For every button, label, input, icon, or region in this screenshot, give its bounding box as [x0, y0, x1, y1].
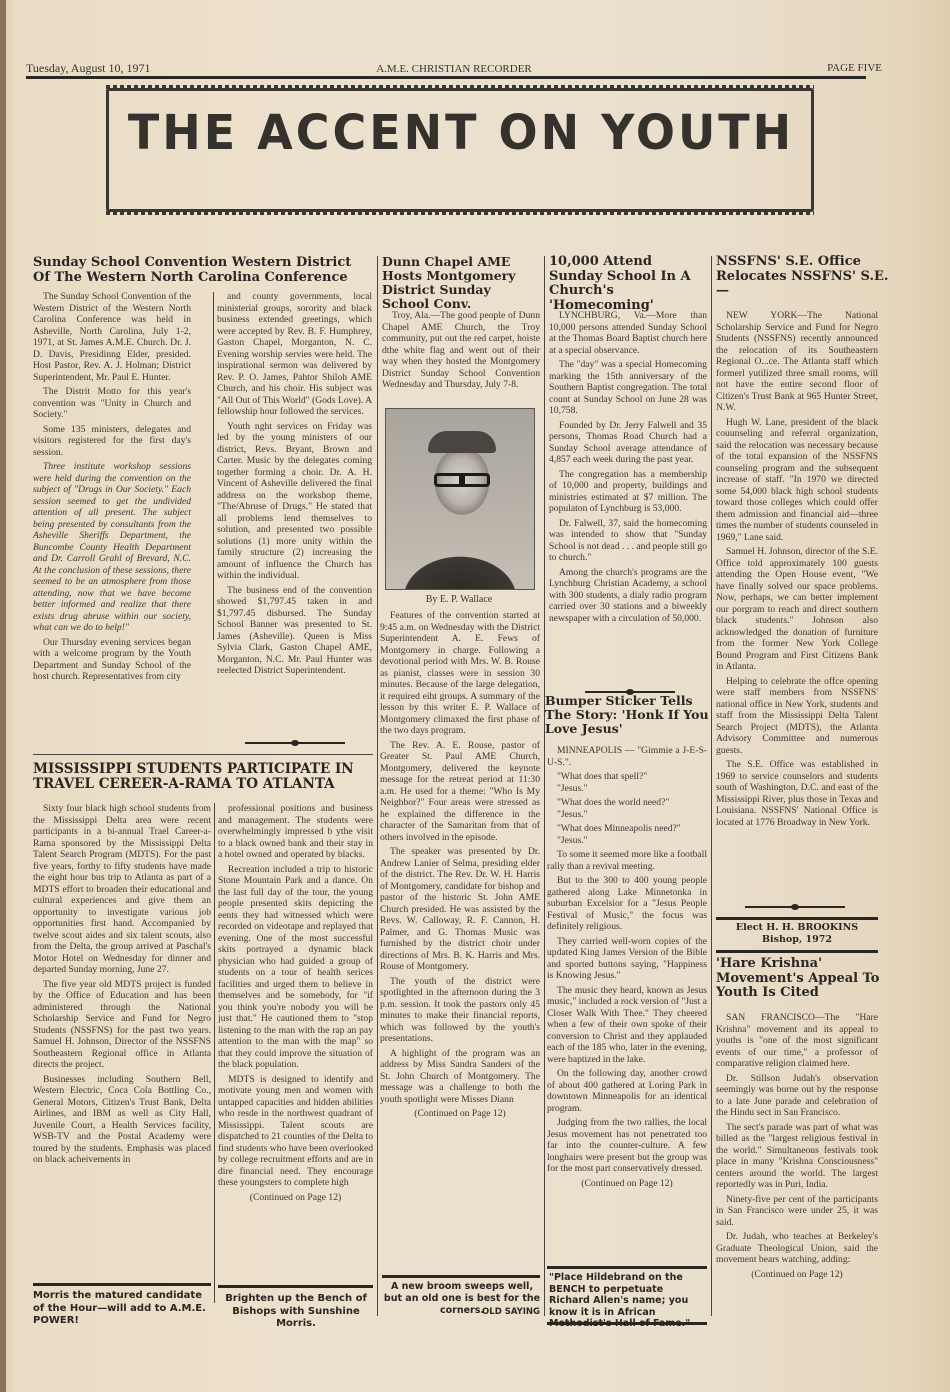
masthead: Tuesday, August 10, 1971 A.M.E. CHRISTIA…: [26, 58, 882, 78]
paragraph: The speaker was presented by Dr. Andrew …: [380, 846, 540, 973]
paragraph: Dr. Stillson Judah's observation seeming…: [716, 1073, 878, 1119]
filler-rule: [547, 1322, 707, 1325]
article-bumper-sticker-body: MINNEAPOLIS — "Gimmie a J-E-S-U-S.". "Wh…: [547, 745, 707, 1189]
paragraph: The congregation has a membership of 10,…: [549, 469, 707, 515]
paragraph: On the following day, another crowd of a…: [547, 1068, 707, 1114]
article-sunday-school-nc-col2: and county governments, local ministeria…: [217, 291, 372, 677]
photo-caption: By E. P. Wallace: [385, 594, 533, 605]
filler-brighten: Brighten up the Bench of Bishops with Su…: [220, 1293, 372, 1331]
headline-dunn-chapel: Dunn Chapel AME Hosts Montgomery Distric…: [382, 255, 542, 311]
headline-lynchburg: 10,000 Attend Sunday School In A Church'…: [549, 255, 709, 313]
paragraph: "Jesus.": [547, 783, 707, 795]
paragraph: To some it seemed more like a football r…: [547, 849, 707, 872]
article-dunn-chapel-body: Features of the convention started at 9:…: [380, 610, 540, 1120]
paragraph: MINNEAPOLIS — "Gimmie a J-E-S-U-S.".: [547, 745, 707, 768]
filler-rule: [716, 950, 878, 953]
newspaper-page: Tuesday, August 10, 1971 A.M.E. CHRISTIA…: [0, 0, 950, 1392]
paragraph: The business end of the convention showe…: [217, 585, 372, 677]
paragraph: "What does the world need?": [547, 797, 707, 809]
paragraph: Judging from the two rallies, the local …: [547, 1117, 707, 1175]
filler-brookins: Elect H. H. BROOKINS Bishop, 1972: [716, 922, 878, 946]
paragraph: Sixty four black high school students fr…: [33, 803, 211, 976]
column-rule: [213, 292, 214, 640]
paragraph: The Sunday School Convention of the West…: [33, 291, 191, 383]
filler-rule: [218, 1285, 373, 1288]
paragraph: The Rev. A. E. Rouse, pastor of Greater …: [380, 740, 540, 844]
paragraph: Ninety-five per cent of the participants…: [716, 1194, 878, 1229]
section-banner: THE ACCENT ON YOUTH: [106, 88, 814, 212]
article-hare-krishna-body: SAN FRANCISCO—The "Hare Krishna" movemen…: [716, 1012, 878, 1280]
filler-brookins-line2: Bishop, 1972: [716, 934, 878, 946]
paragraph: Dr. Judah, who teaches at Berkeley's Gra…: [716, 1231, 878, 1266]
masthead-rule: [26, 76, 866, 79]
paragraph: Some 135 ministers, delegates and visito…: [33, 424, 191, 459]
continued-link[interactable]: (Continued on Page 12): [218, 1192, 373, 1204]
paragraph: Samuel H. Johnson, director of the S.E. …: [716, 546, 878, 673]
column-rule: [214, 803, 215, 1303]
paragraph: Dr. Falwell, 37, said the homecoming was…: [549, 518, 707, 564]
filler-morris: Morris the matured candidate of the Hour…: [33, 1290, 213, 1328]
filler-rule: [382, 1275, 540, 1278]
photo-hair: [428, 431, 496, 453]
paragraph: professional positions and business and …: [218, 803, 373, 861]
paragraph: Features of the convention started at 9:…: [380, 610, 540, 737]
paragraph: "Jesus.": [547, 835, 707, 847]
paragraph: Our Thursday evening services began with…: [33, 637, 191, 683]
paragraph: Three institute workshop sessions were h…: [33, 461, 191, 634]
headline-sunday-school-nc: Sunday School Convention Western Distric…: [33, 256, 363, 285]
article-mississippi-col2: professional positions and business and …: [218, 803, 373, 1203]
paragraph: The S.E. Office was established in 1969 …: [716, 759, 878, 828]
paragraph: Among the church's programs are the Lync…: [549, 567, 707, 625]
paragraph: The "day" was a special Homecoming marki…: [549, 359, 707, 417]
paragraph: They carried well-worn copies of the upd…: [547, 936, 707, 982]
filler-rule: [716, 917, 878, 920]
paragraph: "Jesus.": [547, 809, 707, 821]
paragraph: NEW YORK—The National Scholarship Servic…: [716, 310, 878, 414]
filler-rule: [547, 1266, 707, 1269]
paragraph: Founded by Dr. Jerry Falwell and 35 pers…: [549, 420, 707, 466]
paragraph: Helping to celebrate the offce opening w…: [716, 676, 878, 757]
column-rule: [377, 256, 378, 1316]
paragraph: The youth of the district were spotlight…: [380, 976, 540, 1045]
article-dunn-chapel-intro: Troy, Ala.—The good people of Dunn Chape…: [382, 310, 540, 391]
article-end-ornament: [245, 742, 345, 744]
page-spine-shadow: [0, 0, 6, 1392]
paragraph: LYNCHBURG, Va.—More than 10,000 persons …: [549, 310, 707, 356]
paragraph: Youth nght services on Friday was led by…: [217, 421, 372, 582]
masthead-publication: A.M.E. CHRISTIAN RECORDER: [26, 63, 882, 75]
paragraph: A highlight of the program was an addres…: [380, 1048, 540, 1106]
paragraph: The sect's parade was part of what was b…: [716, 1122, 878, 1191]
paragraph: Recreation included a trip to historic S…: [218, 864, 373, 1071]
continued-link[interactable]: (Continued on Page 12): [380, 1108, 540, 1120]
filler-brookins-line1: Elect H. H. BROOKINS: [716, 922, 878, 934]
paragraph: Troy, Ala.—The good people of Dunn Chape…: [382, 310, 540, 391]
filler-hildebrand: "Place Hildebrand on the BENCH to perpet…: [549, 1272, 707, 1330]
paragraph: Businesses including Southern Bell, West…: [33, 1074, 211, 1166]
paragraph: Hugh W. Lane, president of the black cou…: [716, 417, 878, 544]
headline-nssfns: NSSFNS' S.E. Office Relocates NSSFNS' S.…: [716, 255, 896, 299]
filler-broom-source: OLD SAYING: [382, 1306, 540, 1319]
section-banner-title: THE ACCENT ON YOUTH: [119, 104, 803, 161]
headline-hare-krishna: 'Hare Krishna' Movement's Appeal To Yout…: [716, 957, 886, 1001]
paragraph: The music they heard, known as Jesus mus…: [547, 985, 707, 1066]
headline-mississippi: MISSISSIPPI STUDENTS PARTICIPATE IN TRAV…: [33, 762, 373, 792]
article-mississippi-col1: Sixty four black high school students fr…: [33, 803, 211, 1166]
continued-link[interactable]: (Continued on Page 12): [716, 1269, 878, 1281]
paragraph: MDTS is designed to identify and motivat…: [218, 1074, 373, 1189]
article-lynchburg-body: LYNCHBURG, Va.—More than 10,000 persons …: [549, 310, 707, 624]
column-rule: [711, 256, 712, 1316]
continued-link[interactable]: (Continued on Page 12): [547, 1178, 707, 1190]
paragraph: The five year old MDTS project is funded…: [33, 979, 211, 1071]
photo-glasses: [434, 473, 490, 487]
section-divider: [33, 754, 373, 755]
article-end-ornament: [745, 906, 845, 908]
article-sunday-school-nc-col1: The Sunday School Convention of the West…: [33, 291, 191, 683]
paragraph: and county governments, local ministeria…: [217, 291, 372, 418]
headline-bumper-sticker: Bumper Sticker Tells The Story: 'Honk If…: [545, 694, 710, 736]
paragraph: SAN FRANCISCO—The "Hare Krishna" movemen…: [716, 1012, 878, 1070]
masthead-page-number: PAGE FIVE: [827, 62, 882, 74]
portrait-photo: [385, 408, 535, 590]
column-rule: [544, 256, 545, 1316]
paragraph: The Distrit Motto for this year's conven…: [33, 386, 191, 421]
paragraph: "What does Minneapolis need?": [547, 823, 707, 835]
paragraph: "What does that spell?": [547, 771, 707, 783]
filler-rule: [33, 1283, 211, 1286]
paragraph: But to the 300 to 400 young people gathe…: [547, 875, 707, 933]
article-nssfns-body: NEW YORK—The National Scholarship Servic…: [716, 310, 878, 828]
